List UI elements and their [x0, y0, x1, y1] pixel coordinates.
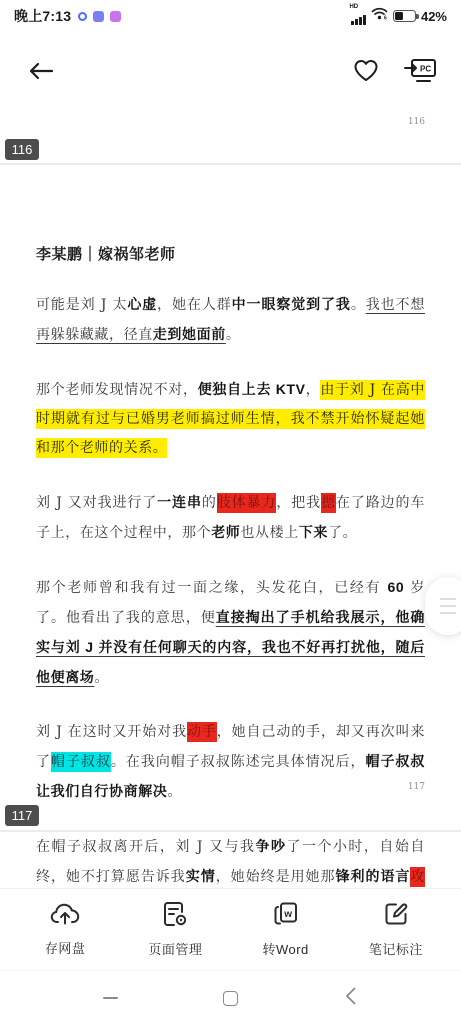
document-title: 李某鹏｜嫁祸邹老师 [36, 243, 425, 264]
android-nav-bar [0, 970, 461, 1024]
document-paragraph: 刘 J 在这时又开始对我动手，她自己动的手，却又再次叫来了帽子叔叔。在我向帽子叔… [36, 718, 425, 807]
text-run: 那个老师曾和我有过一面之缘，头发花白，已经有 [36, 580, 387, 596]
text-run: 动手 [187, 722, 217, 742]
svg-text:PC: PC [420, 64, 431, 73]
recents-icon [103, 997, 118, 999]
text-run: 争吵 [255, 838, 286, 854]
wifi-icon: 6 [371, 7, 388, 25]
status-bar: 晚上7:13 HD 6 [0, 0, 461, 32]
document-paragraph: 刘 J 又对我进行了一连串的肢体暴力，把我摁在了路边的车子上，在这个过程中，那个… [36, 488, 425, 548]
text-run: 帽子叔叔 [51, 752, 111, 772]
text-run: 也从楼上 [240, 525, 298, 541]
svg-text:6: 6 [384, 16, 387, 21]
back-arrow-icon [28, 61, 54, 86]
floating-menu-handle[interactable] [425, 577, 461, 635]
page-badge-117: 117 [5, 805, 39, 826]
text-run: 一连串 [157, 494, 202, 510]
page-manage-button[interactable]: 页面管理 [135, 901, 215, 958]
text-run: 走到她面前 [153, 326, 226, 342]
note-annotate-button[interactable]: 笔记标注 [356, 901, 436, 958]
note-annotate-label: 笔记标注 [369, 939, 423, 958]
handle-line [440, 605, 456, 607]
printed-page-number-bottom: 117 [408, 782, 425, 792]
text-run: 了。 [328, 525, 357, 541]
page-separator-bottom [0, 830, 461, 832]
text-run: 中一眼察觉到了我 [232, 296, 351, 312]
favorite-button[interactable] [347, 54, 385, 92]
printed-page-number-top: 116 [408, 117, 425, 127]
phone-screen: 晚上7:13 HD 6 [0, 0, 461, 1024]
text-run: 实情 [186, 868, 216, 884]
hd-label: HD [349, 4, 358, 10]
notification-app-icon-purple [110, 11, 121, 22]
status-app-icons [78, 11, 121, 22]
text-run: 可能是刘 J 太 [36, 297, 127, 313]
bottom-toolbar: 存网盘 页面管理 w 转Word [0, 888, 461, 970]
document-paragraph: 可能是刘 J 太心虚，她在人群中一眼察觉到了我。我也不想再躲躲藏藏，径直走到她面… [36, 290, 425, 350]
text-run: 肢体暴力 [217, 493, 277, 513]
status-right-cluster: HD 6 42% [351, 7, 447, 25]
send-to-pc-icon: PC [403, 57, 437, 90]
cloud-upload-icon [50, 902, 80, 931]
heart-icon [353, 59, 379, 88]
text-run: 。在我向帽子叔叔陈述完具体情况后， [111, 754, 366, 770]
page-badge-116: 116 [5, 139, 39, 160]
handle-line [440, 598, 456, 600]
note-annotate-icon [383, 901, 409, 932]
handle-line [440, 612, 456, 614]
text-run: 心虚 [127, 296, 157, 312]
nav-recents-button[interactable] [94, 981, 128, 1015]
reader-toolbar: PC [0, 44, 461, 102]
document-paragraph: 那个老师曾和我有过一面之缘，头发花白，已经有 60 岁了。他看出了我的意思，便直… [36, 573, 425, 693]
text-run: ，她始终是用她那 [216, 869, 336, 885]
text-run: 老师 [211, 524, 240, 540]
text-run: 。 [226, 327, 241, 343]
eye-protect-icon [78, 12, 87, 21]
back-button[interactable] [22, 54, 60, 92]
text-run: 锋利的语言 [336, 868, 411, 884]
save-to-cloud-label: 存网盘 [45, 938, 86, 957]
text-run: 刘 J 又对我进行了 [36, 495, 157, 511]
battery-percent: 42% [421, 9, 447, 24]
save-to-cloud-button[interactable]: 存网盘 [25, 902, 105, 957]
to-word-button[interactable]: w 转Word [246, 901, 326, 958]
text-run: 那个老师发现情况不对， [36, 382, 198, 398]
signal-strength-icon: HD [351, 8, 366, 25]
text-run: ，她在人群 [157, 297, 231, 313]
text-run: 60 [387, 579, 404, 595]
text-run: 的 [202, 495, 217, 511]
page-manage-icon [161, 901, 189, 932]
to-word-label: 转Word [262, 939, 308, 958]
text-run: 。 [94, 670, 109, 686]
svg-text:w: w [283, 909, 292, 920]
text-run: 便独自上去 KTV [198, 381, 306, 397]
home-icon [223, 991, 238, 1006]
text-run: 刘 J 在这时又开始对我 [36, 724, 187, 740]
document-paragraph: 那个老师发现情况不对，便独自上去 KTV，由于刘 J 在高中时期就有过与已婚男老… [36, 375, 425, 463]
status-time: 晚上7:13 [14, 6, 71, 26]
notification-app-icon-blue [93, 11, 104, 22]
to-word-icon: w [272, 901, 300, 932]
text-run: ， [306, 382, 321, 398]
nav-back-icon [345, 987, 356, 1010]
text-run: 在帽子叔叔离开后，刘 J 又与我 [36, 839, 255, 855]
document-body: 可能是刘 J 太心虚，她在人群中一眼察觉到了我。我也不想再躲躲藏藏，径直走到她面… [36, 290, 425, 921]
text-run: ，把我 [276, 495, 321, 511]
text-run: 。 [351, 297, 366, 313]
nav-back-button[interactable] [334, 981, 368, 1015]
page-manage-label: 页面管理 [148, 939, 202, 958]
send-to-pc-button[interactable]: PC [401, 54, 439, 92]
document-page: 李某鹏｜嫁祸邹老师 可能是刘 J 太心虚，她在人群中一眼察觉到了我。我也不想再躲… [0, 165, 461, 946]
battery-icon [393, 10, 416, 22]
nav-home-button[interactable] [214, 981, 248, 1015]
text-run: 摁 [321, 493, 336, 513]
text-run: 。 [167, 784, 182, 800]
text-run: 下来 [299, 524, 328, 540]
